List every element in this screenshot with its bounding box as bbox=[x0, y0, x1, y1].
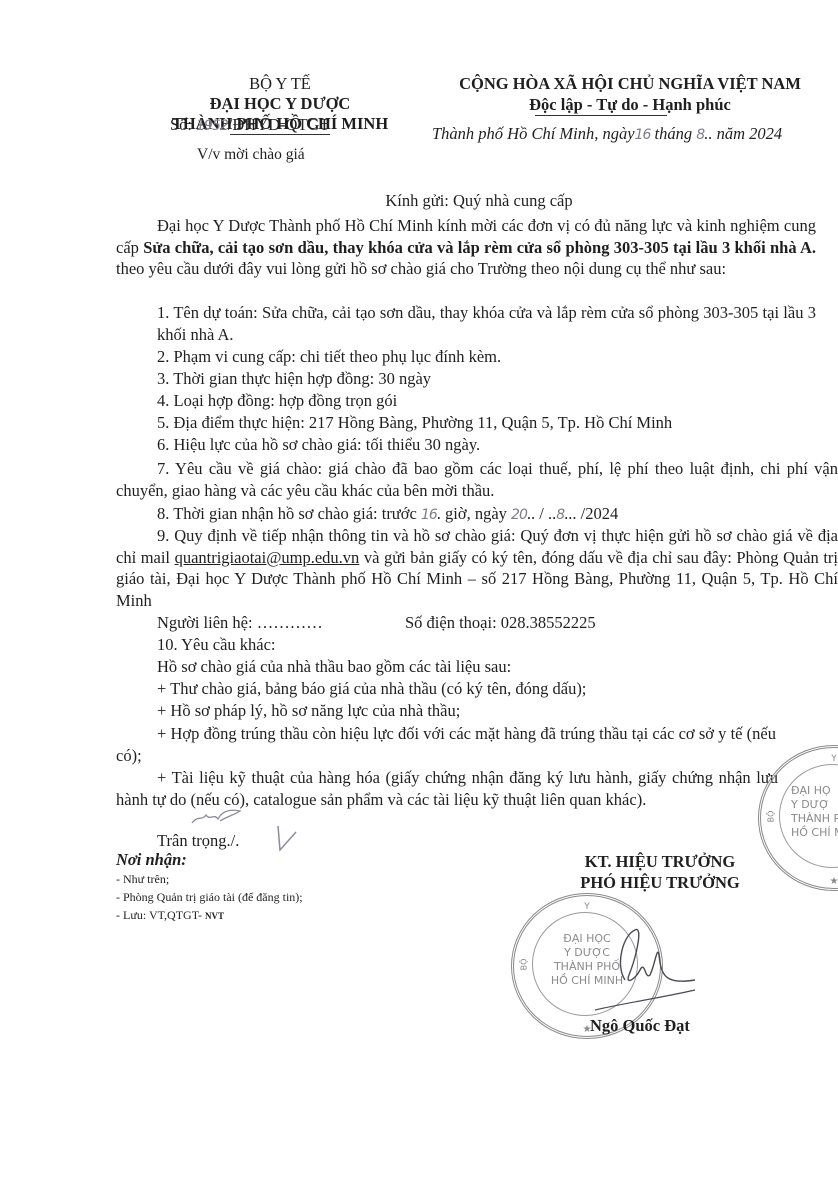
document-requirement-1: + Thư chào giá, bảng báo giá của nhà thầ… bbox=[157, 679, 586, 699]
recipient-1: - Như trên; bbox=[116, 870, 303, 888]
deadline-hour-handwritten: 16 bbox=[421, 507, 437, 523]
handwritten-signature bbox=[585, 925, 705, 1015]
contact-phone: Số điện thoại: 028.38552225 bbox=[405, 613, 596, 633]
signature-title-1: KT. HIỆU TRƯỞNG bbox=[560, 851, 760, 872]
document-number: Số: 1952/ĐHYD-QTGT bbox=[170, 115, 330, 135]
signature-titles: KT. HIỆU TRƯỞNG PHÓ HIỆU TRƯỞNG bbox=[560, 851, 760, 893]
date-day-handwritten: 16 bbox=[635, 127, 651, 143]
item-2: 2. Phạm vi cung cấp: chi tiết theo phụ l… bbox=[116, 346, 816, 368]
signatory-name: Ngô Quốc Đạt bbox=[590, 1016, 690, 1036]
signature-title-2: PHÓ HIỆU TRƯỞNG bbox=[560, 872, 760, 893]
email-link[interactable]: quantrigiaotai@ump.edu.vn bbox=[175, 548, 360, 567]
recipient-2: - Phòng Quản trị giáo tài (để đăng tin); bbox=[116, 888, 303, 906]
ministry-name: BỘ Y TẾ bbox=[130, 74, 430, 94]
country-name: CỘNG HÒA XÃ HỘI CHỦ NGHĨA VIỆT NAM bbox=[422, 74, 838, 94]
subject-line: V/v mời chào giá bbox=[197, 146, 305, 164]
intro-paragraph: Đại học Y Dược Thành phố Hồ Chí Minh kín… bbox=[116, 215, 816, 280]
item-10: 10. Yêu cầu khác: bbox=[157, 635, 276, 655]
recipients-list: - Như trên; - Phòng Quản trị giáo tài (đ… bbox=[116, 870, 303, 925]
item-8: 8. Thời gian nhận hồ sơ chào giá: trước … bbox=[116, 503, 816, 527]
initials-scribble bbox=[190, 805, 250, 827]
salutation: Kính gửi: Quý nhà cung cấp bbox=[120, 191, 838, 211]
closing: Trân trọng./. bbox=[157, 831, 239, 851]
documents-intro: Hồ sơ chào giá của nhà thầu bao gồm các … bbox=[157, 657, 511, 677]
item-7: 7. Yêu cầu về giá chào: giá chào đã bao … bbox=[116, 458, 838, 501]
document-requirement-4: + Tài liệu kỹ thuật của hàng hóa (giấy c… bbox=[116, 767, 778, 810]
contact-person: Người liên hệ: ………… bbox=[157, 613, 323, 633]
item-6: 6. Hiệu lực của hồ sơ chào giá: tối thiể… bbox=[116, 434, 816, 456]
date-month-handwritten: 8 bbox=[696, 127, 704, 143]
item-4: 4. Loại hợp đồng: hợp đồng trọn gói bbox=[116, 390, 816, 412]
recipients-title: Nơi nhận: bbox=[116, 850, 187, 870]
university-name-line1: ĐẠI HỌC Y DƯỢC bbox=[130, 94, 430, 114]
national-motto: Độc lập - Tự do - Hạnh phúc bbox=[422, 95, 838, 115]
item-9: 9. Quy định về tiếp nhận thông tin và hồ… bbox=[116, 525, 838, 611]
deadline-month-handwritten: 8 bbox=[556, 507, 564, 523]
document-number-handwritten: 1952 bbox=[196, 118, 228, 134]
recipient-3: - Lưu: VT,QTGT- NVT bbox=[116, 906, 303, 925]
item-1: 1. Tên dự toán: Sửa chữa, cải tạo sơn dầ… bbox=[116, 302, 816, 345]
project-title: Sửa chữa, cải tạo sơn dầu, thay khóa cửa… bbox=[143, 238, 816, 257]
document-date: Thành phố Hồ Chí Minh, ngày16 tháng 8.. … bbox=[432, 124, 782, 144]
item-5: 5. Địa điểm thực hiện: 217 Hồng Bàng, Ph… bbox=[116, 412, 816, 434]
deadline-day-handwritten: 20 bbox=[511, 507, 527, 523]
check-scribble bbox=[272, 820, 302, 860]
document-requirement-3: + Hợp đồng trúng thầu còn hiệu lực đối v… bbox=[116, 723, 776, 766]
item-3: 3. Thời gian thực hiện hợp đồng: 30 ngày bbox=[116, 368, 816, 390]
motto-underline bbox=[535, 115, 667, 116]
document-requirement-2: + Hồ sơ pháp lý, hồ sơ năng lực của nhà … bbox=[157, 701, 460, 721]
